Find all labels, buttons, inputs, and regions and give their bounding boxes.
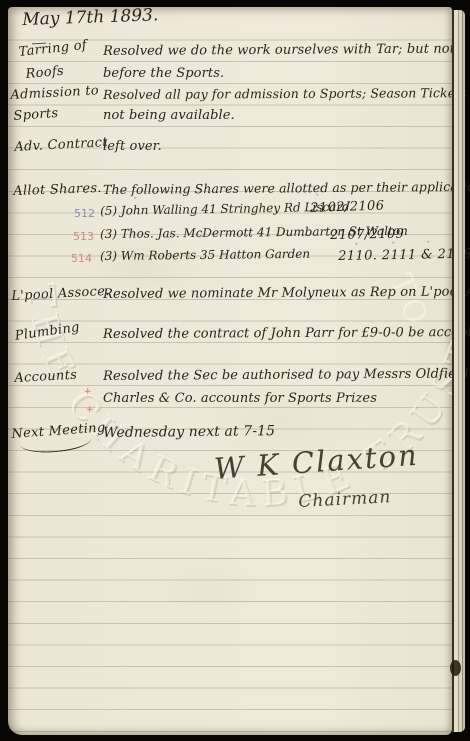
margin-plus-mark-icon: +: [86, 405, 94, 415]
ledger-number: 514: [71, 252, 92, 265]
margin-heading-admission-to-sports: Admission to: [10, 83, 99, 103]
ledger-number: 512: [74, 207, 95, 220]
photographed-minute-book: THE CHARITABLE TRUST THE CHARITABLE TRUS…: [0, 0, 470, 741]
margin-heading-adv-contract: Adv. Contract: [14, 135, 108, 155]
resolution-text: Resolved the Sec be authorised to pay Me…: [103, 366, 470, 384]
resolution-text: Resolved the contract of John Parr for £…: [103, 325, 470, 342]
allotment-entry: (3) Wm Roberts 35 Hatton Garden: [100, 247, 310, 263]
minute-book-page: THE CHARITABLE TRUST THE CHARITABLE TRUS…: [8, 7, 452, 735]
resolution-text: Resolved we nominate Mr Molyneux as Rep …: [103, 284, 470, 302]
certificate-numbers: 2102/2106: [310, 198, 385, 216]
resolution-text: before the Sports.: [103, 66, 224, 81]
margin-heading-lpool-assoce: L'pool Assoce.: [11, 284, 110, 304]
margin-heading-tarring-of-roofs-line2: Roofs: [25, 64, 65, 82]
margin-plus-mark-icon: +: [84, 387, 92, 397]
chairman-signature: W K Claxton: [213, 438, 420, 486]
resolution-text: Resolved all pay for admission to Sports…: [103, 85, 467, 102]
resolution-text: not being available.: [103, 108, 235, 123]
resolution-text: Charles & Co. accounts for Sports Prizes: [103, 391, 377, 406]
certificate-numbers: 2107/2109: [330, 227, 404, 243]
book-page-fore-edge: [452, 10, 465, 732]
resolution-text: Wednesday next at 7-15: [103, 423, 275, 441]
certificate-numbers: 2110. 2111 & 2159: [338, 247, 470, 264]
margin-heading-admission-to-sports-line2: Sports: [13, 106, 59, 124]
resolution-text: left over.: [103, 139, 162, 154]
margin-heading-accounts: Accounts: [14, 368, 78, 386]
ledger-number: 513: [73, 230, 94, 243]
page-edge-smudge: [450, 660, 461, 676]
margin-heading-tarring-of-roofs: Tarring of: [18, 38, 88, 60]
entry-date: May 17th 1893.: [22, 5, 159, 30]
chairman-signature-role: Chairman: [298, 487, 392, 512]
resolution-text: The following Shares were allotted as pe…: [103, 179, 470, 197]
margin-heading-plumbing: Plumbing: [14, 320, 81, 344]
margin-heading-allot-shares: Allot Shares.: [13, 181, 102, 199]
resolution-text: Resolved we do the work ourselves with T…: [103, 42, 455, 59]
